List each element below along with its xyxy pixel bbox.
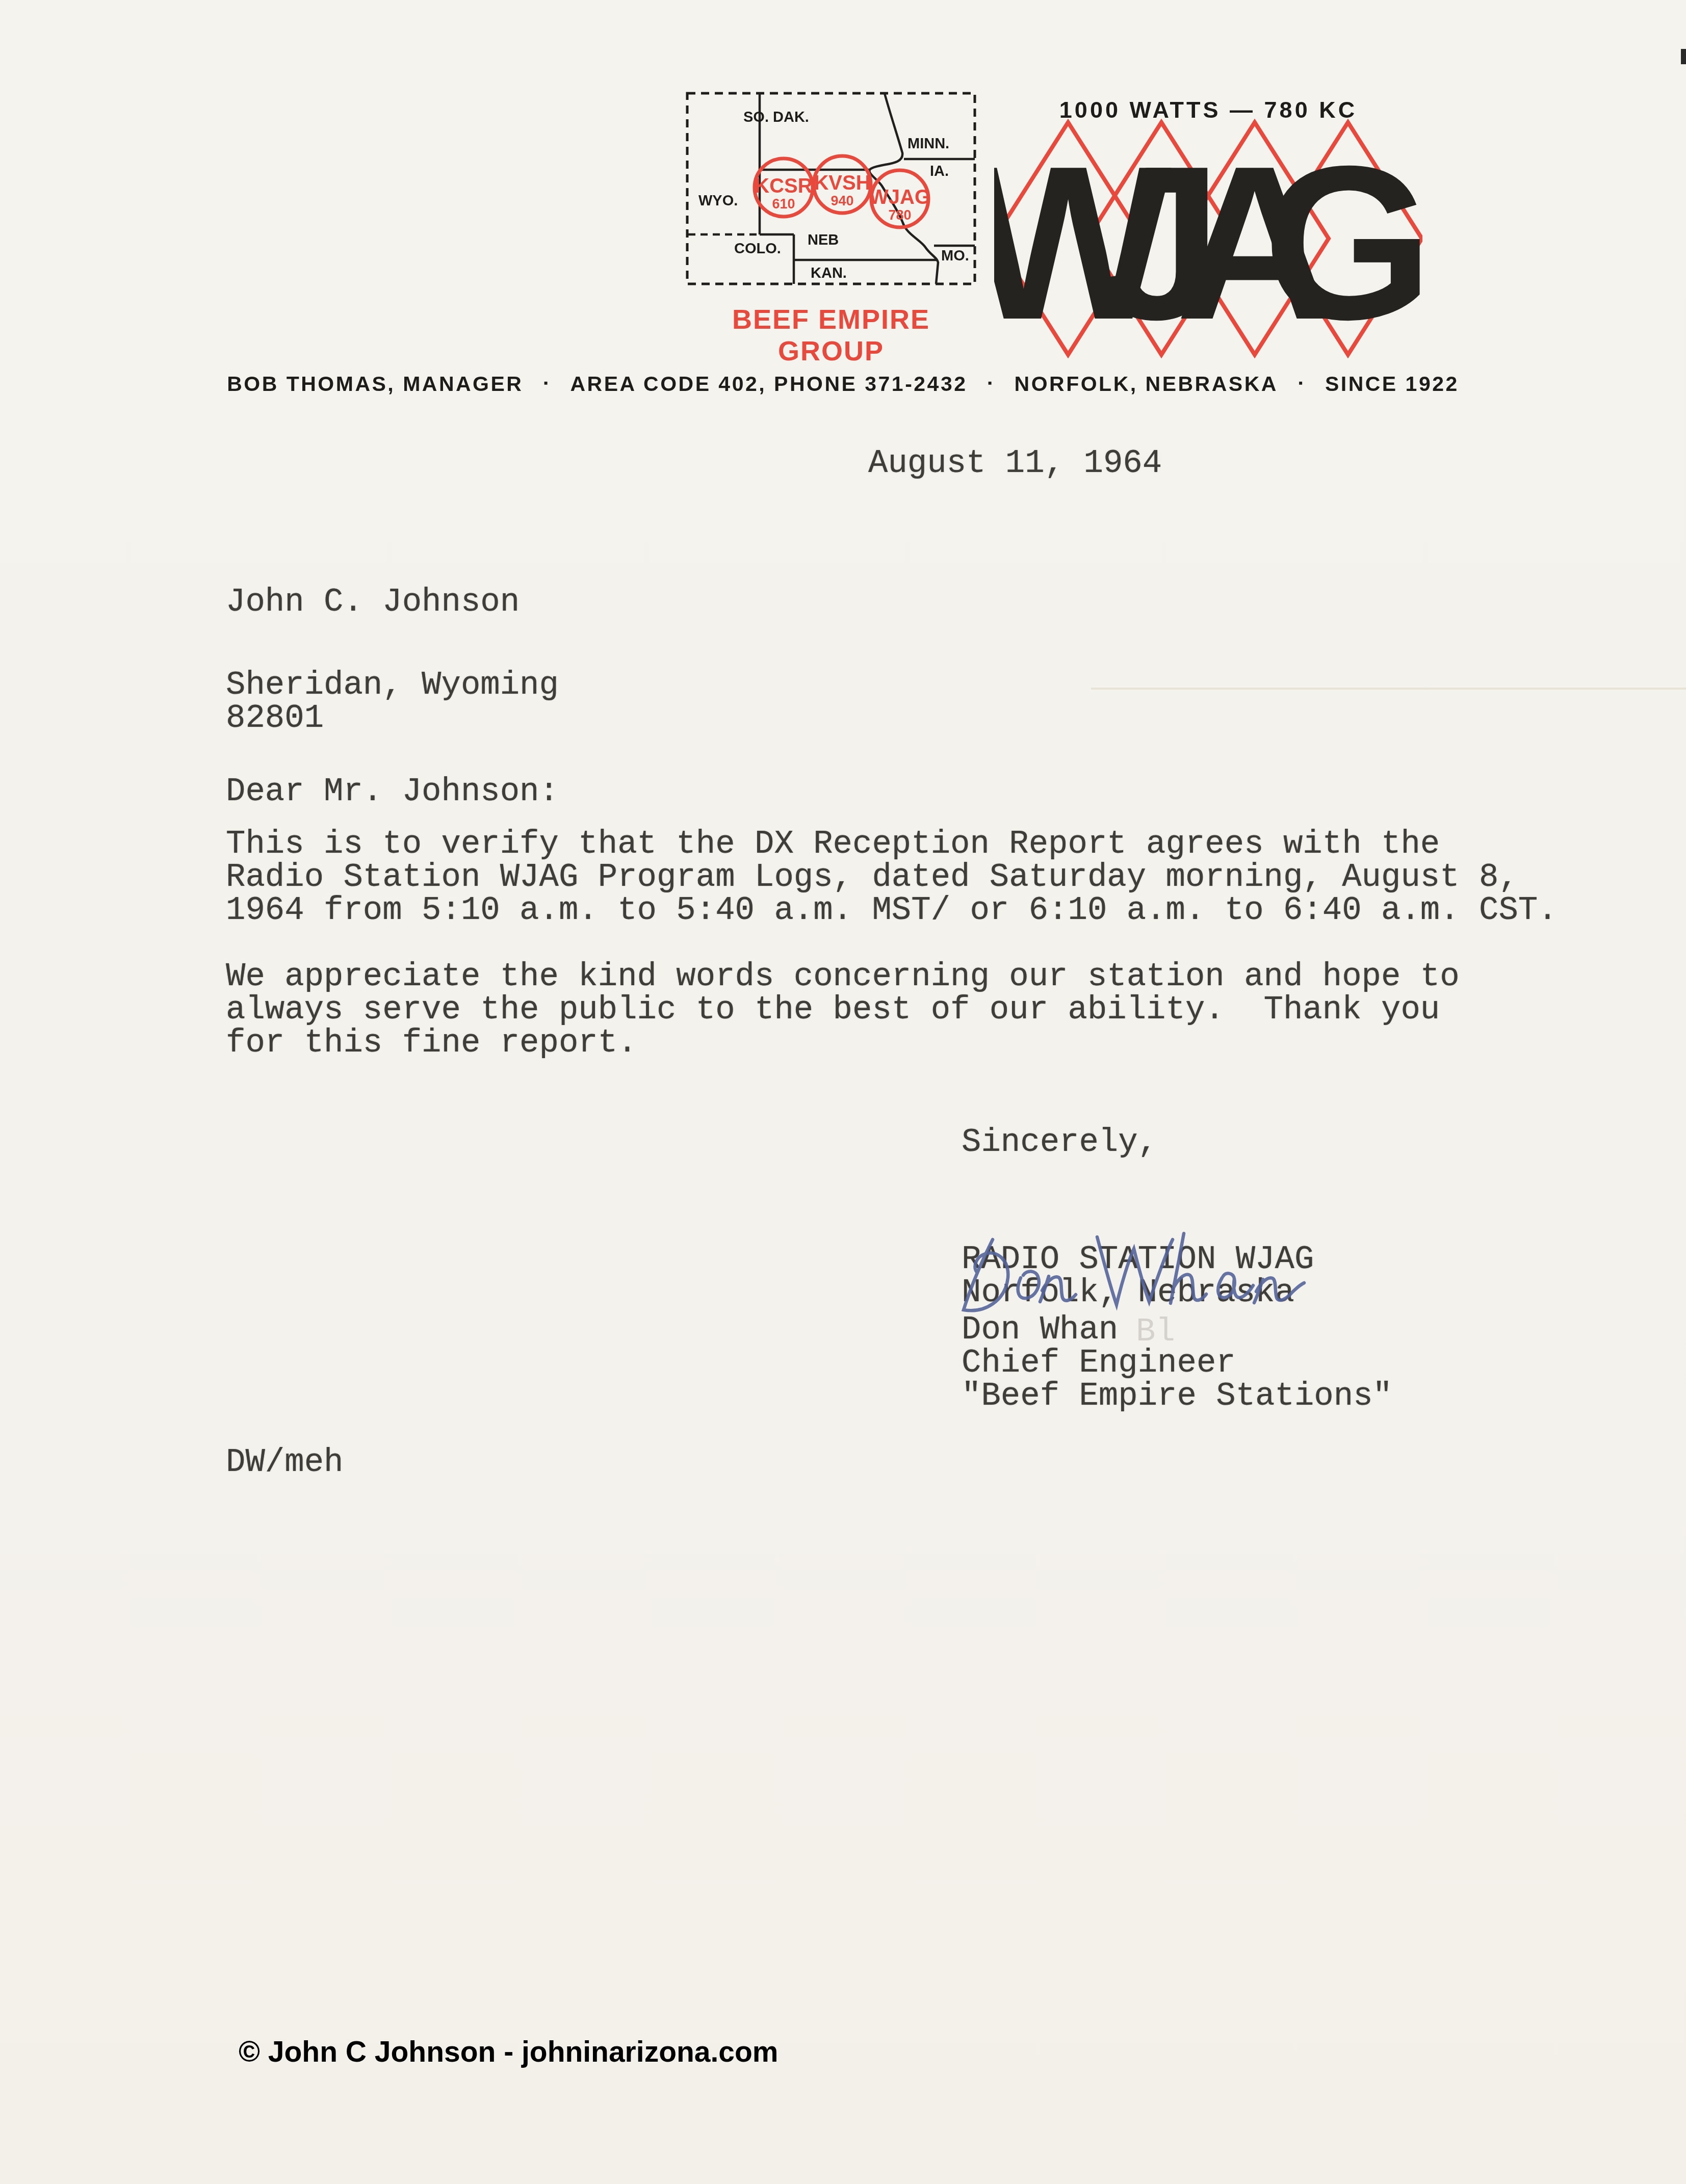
wjag-diamond-logo: W J A G — [994, 119, 1422, 358]
bullet-separator-icon: ▪ — [988, 376, 994, 390]
station-call-wjag: WJAG — [869, 186, 930, 208]
since-year: SINCE 1922 — [1325, 372, 1459, 396]
recipient-address: Sheridan, Wyoming 82801 — [226, 669, 559, 735]
station-call-kvsh: KVSH — [814, 172, 870, 194]
closing-line: Sincerely, — [962, 1126, 1157, 1160]
body-paragraph-2: We appreciate the kind words concerning … — [226, 961, 1460, 1060]
map-state-label-so-dak: SO. DAK. — [743, 109, 809, 125]
bullet-separator-icon: ▪ — [1299, 376, 1305, 390]
station-call-kcsr: KCSR — [755, 175, 812, 197]
scan-edge-mark — [1681, 49, 1686, 64]
map-state-label-ia: IA. — [930, 163, 949, 179]
letter-date: August 11, 1964 — [868, 448, 1162, 481]
beef-empire-group-caption: BEEF EMPIRE GROUP — [683, 304, 979, 367]
map-state-label-kan: KAN. — [811, 265, 847, 281]
body-paragraph-1: This is to verify that the DX Reception … — [226, 828, 1558, 928]
signer-block: Don Whan Chief Engineer "Beef Empire Sta… — [962, 1314, 1392, 1413]
map-state-label-wyo: WYO. — [698, 193, 738, 209]
map-state-label-mo: MO. — [941, 248, 969, 264]
map-state-label-colo: COLO. — [734, 241, 781, 257]
bullet-separator-icon: ▪ — [543, 376, 550, 390]
map-state-label-minn: MINN. — [907, 136, 949, 152]
copyright-credit: © John C Johnson - johninarizona.com — [239, 2035, 779, 2069]
station-freq-wjag: 780 — [888, 207, 911, 223]
salutation: Dear Mr. Johnson: — [226, 776, 559, 809]
reference-initials: DW/meh — [226, 1446, 343, 1480]
station-freq-kvsh: 940 — [831, 193, 853, 208]
handwritten-signature-don-whan — [944, 1219, 1311, 1326]
city-info: NORFOLK, NEBRASKA — [1015, 372, 1278, 396]
scanned-letter-page: SO. DAK. MINN. IA. WYO. COLO. NEB KAN. M… — [0, 0, 1686, 2184]
scan-faint-line-artifact — [1091, 688, 1686, 690]
phone-info: AREA CODE 402, PHONE 371-2432 — [570, 372, 967, 396]
letterhead-info-line: BOB THOMAS, MANAGER ▪ AREA CODE 402, PHO… — [0, 372, 1686, 396]
manager-name: BOB THOMAS, MANAGER — [227, 372, 523, 396]
coverage-map: SO. DAK. MINN. IA. WYO. COLO. NEB KAN. M… — [683, 89, 979, 291]
recipient-name: John C. Johnson — [226, 586, 520, 619]
logo-letter-g: G — [1263, 121, 1422, 358]
station-freq-kcsr: 610 — [772, 196, 795, 212]
map-state-label-neb: NEB — [808, 232, 839, 248]
